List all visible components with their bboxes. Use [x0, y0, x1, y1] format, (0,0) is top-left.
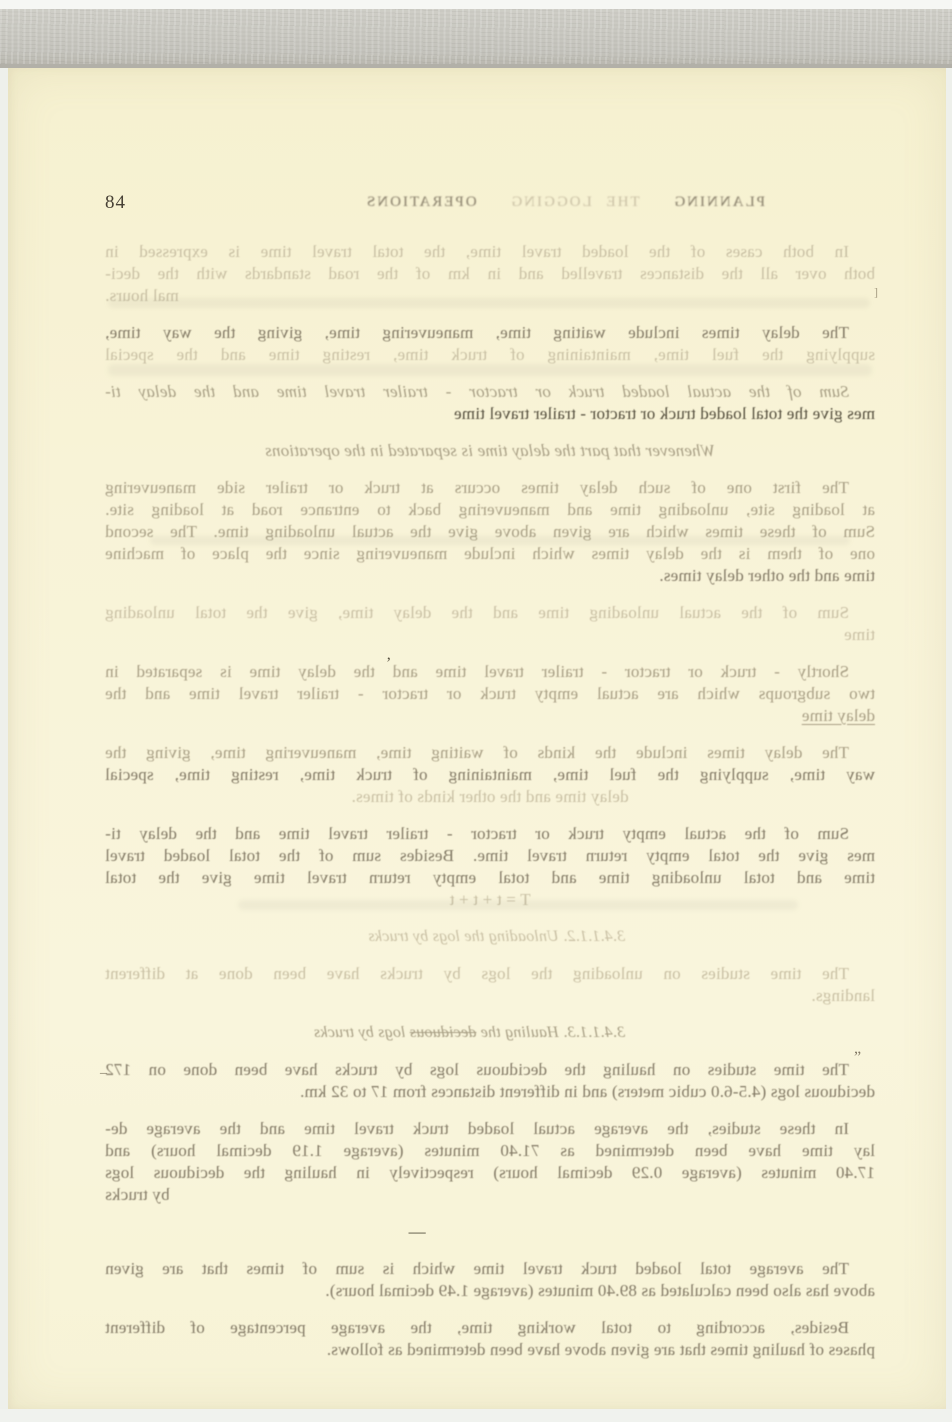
heading-text: 3.4.1.1.3. Hauling the [476, 1024, 625, 1041]
text-line: supplying the fuel time, maintaining of … [105, 344, 875, 366]
scan-top-band [0, 9, 952, 68]
text-line: lay time have been determined as 71.40 m… [105, 1140, 875, 1162]
text-line: The first one of such delay times occurs… [105, 477, 875, 499]
scanned-document: 84 PLANNING THE LOGGING OPERATIONS In bo… [0, 0, 952, 1422]
text-line: In these studies, the average actual loa… [105, 1118, 875, 1140]
text-line: deciduous logs (4.5-6.0 cubic meters) an… [105, 1081, 875, 1103]
text-block: — [105, 1221, 875, 1243]
book-page: 84 PLANNING THE LOGGING OPERATIONS In bo… [8, 68, 946, 1409]
text-line: In both cases of the loaded travel time,… [105, 241, 875, 263]
ink-mark: _ [100, 1062, 107, 1076]
text-line: The time studies on hauling the deciduou… [105, 1059, 875, 1081]
text-line: The time studies on unloading the logs b… [105, 963, 875, 985]
heading-text: logs by trucks [314, 1024, 410, 1041]
text-line: time [105, 624, 875, 646]
smudge-streak [238, 900, 798, 910]
text-line: The delay times include the kinds of wai… [105, 742, 875, 764]
text-line: Sum of the actual loaded truck or tracto… [105, 381, 875, 403]
text-line: The average total loaded truck travel ti… [105, 1258, 875, 1280]
text-line: one of them is the delay times which inc… [105, 543, 875, 565]
text-block: Sum of the actual empty truck or tractor… [105, 823, 875, 911]
smudge-streak [108, 364, 872, 376]
text-block: Sum of the actual loaded truck or tracto… [105, 381, 875, 425]
text-line: Sum of the actual unloading time and the… [105, 602, 875, 624]
text-line: mes give the total empty return travel t… [105, 845, 875, 867]
text-block: The delay times include the kinds of wai… [105, 742, 875, 808]
text-line: time and the other delay times. [105, 565, 875, 587]
text-line: way time, supplying the fuel time, maint… [105, 764, 875, 786]
heading-line: 3.4.1.1.2. Unloading the logs by trucks [105, 926, 875, 948]
heading-text: 3.4.1.1.2. Unloading the logs by trucks [368, 928, 625, 945]
text-block: The first one of such delay times occurs… [105, 477, 875, 587]
text-column: In both cases of the loaded travel time,… [105, 241, 875, 1376]
text-line: time and total unloading time and total … [105, 867, 875, 889]
text-line: two subgroups which are actual empty tru… [105, 683, 875, 705]
text-line: delay time [105, 705, 875, 727]
text-line: above has also been calculated as 89.40 … [105, 1280, 875, 1302]
text-line: phases of hauling times that are given a… [105, 1339, 875, 1361]
text-line: mes give the total loaded truck or tract… [105, 403, 875, 425]
running-head-part: PLANNING [672, 194, 765, 210]
text-block: Besides, according to total working time… [105, 1317, 875, 1361]
text-line: Besides, according to total working time… [105, 1317, 875, 1339]
text-line: Sum of the actual empty truck or tractor… [105, 823, 875, 845]
struck-text: deciduous [410, 1024, 477, 1041]
text-block: In these studies, the average actual loa… [105, 1118, 875, 1206]
section-heading: 3.4.1.1.2. Unloading the logs by trucks [105, 926, 875, 948]
heading-line: 3.4.1.1.3. Hauling the deciduous logs by… [105, 1022, 875, 1044]
text-line: 17.40 minutes (average 0.29 decimal hour… [105, 1162, 875, 1184]
text-line: The delay times include waiting time, ma… [105, 322, 875, 344]
text-line: both over all the distances travelled an… [105, 263, 875, 285]
text-line: delay time and the other kinds of times. [105, 786, 875, 808]
text-line: Shortly - truck or tractor - trailer tra… [105, 661, 875, 683]
text-block: Sum of the actual unloading time and the… [105, 602, 875, 646]
running-head-part: THE LOGGING [509, 194, 639, 210]
text-line: — [105, 1221, 875, 1243]
scanner-edge-bottom [0, 1409, 952, 1422]
smudge-streak [150, 536, 850, 545]
running-head-part: OPERATIONS [365, 194, 477, 210]
ink-mark: ” [854, 1050, 861, 1066]
text-block: The delay times include waiting time, ma… [105, 322, 875, 366]
text-block: Shortly - truck or tractor - trailer tra… [105, 661, 875, 727]
text-block: The average total loaded truck travel ti… [105, 1258, 875, 1302]
text-block: The time studies on hauling the deciduou… [105, 1059, 875, 1103]
text-line: landings. [105, 985, 875, 1007]
running-head: PLANNING THE LOGGING OPERATIONS [105, 194, 875, 211]
section-heading: 3.4.1.1.3. Hauling the deciduous logs by… [105, 1022, 875, 1044]
text-line: at loading site, unloading time and mane… [105, 499, 875, 521]
page-header-row: 84 PLANNING THE LOGGING OPERATIONS [105, 192, 875, 218]
text-block: Whenever that part the delay time is sep… [105, 440, 875, 462]
smudge-streak [108, 298, 870, 308]
text-line: Whenever that part the delay time is sep… [105, 440, 875, 462]
ink-mark: ] [874, 286, 878, 298]
text-line: by trucks [105, 1184, 875, 1206]
ink-mark: ’ [386, 656, 391, 672]
scanner-edge-top [0, 0, 952, 9]
text-block: The time studies on unloading the logs b… [105, 963, 875, 1007]
